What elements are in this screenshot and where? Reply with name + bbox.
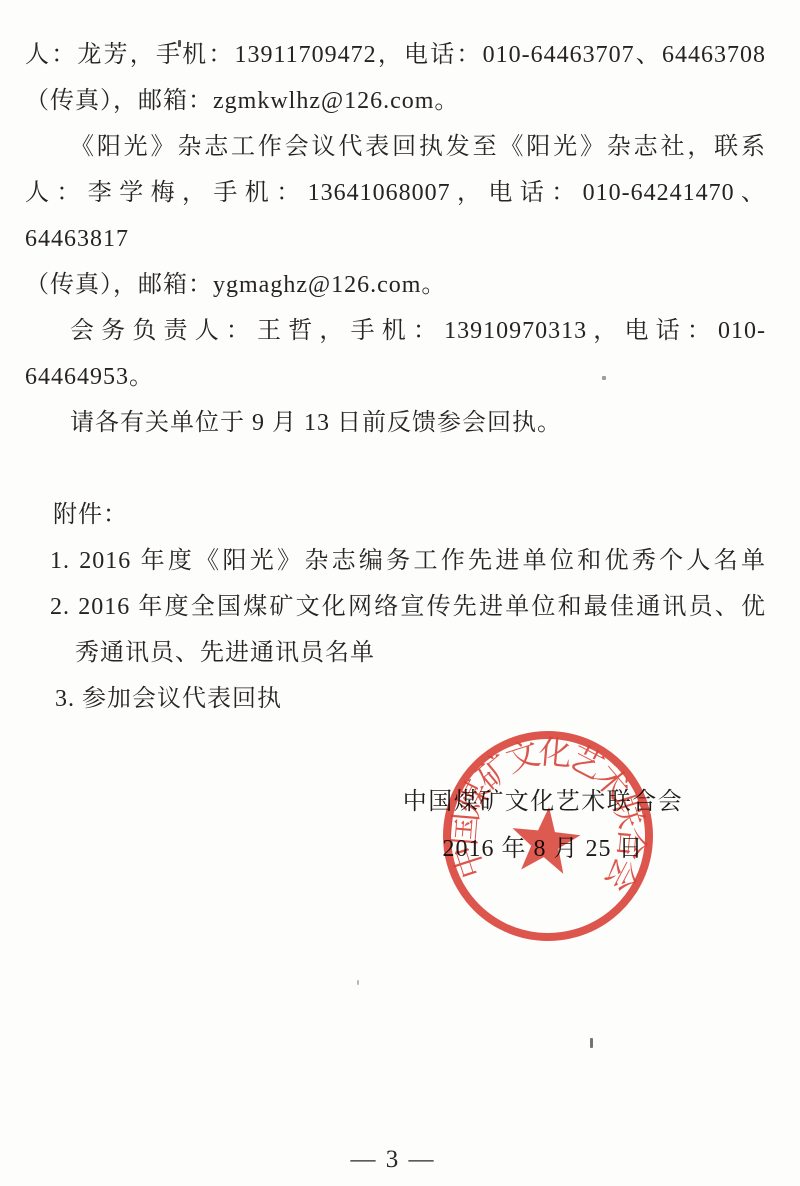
scan-artifact [590,1038,593,1048]
body-line: 会务负责人：王哲，手机：13910970313，电话：010- [25,308,766,354]
body-line: （传真），邮箱：ygmaghz@126.com。 [25,262,766,308]
document-page: 人：龙芳，手机：13911709472，电话：010-64463707、6446… [0,0,800,1186]
attachment-item: 2. 2016 年度全国煤矿文化网络宣传先进单位和最佳通讯员、优 [50,584,766,630]
blank-line [25,446,766,492]
body-line: 人：龙芳，手机：13911709472，电话：010-64463707、6446… [25,32,766,78]
body-line: 请各有关单位于 9 月 13 日前反馈参会回执。 [25,400,766,446]
body-line: 人：李学梅，手机：13641068007，电话：010-64241470、644… [25,170,766,262]
scan-artifact [357,980,359,985]
svg-text:中国煤矿文化艺术联合会: 中国煤矿文化艺术联合会 [442,726,659,903]
letter-body: 人：龙芳，手机：13911709472，电话：010-64463707、6446… [25,32,766,722]
body-line: 《阳光》杂志工作会议代表回执发至《阳光》杂志社，联系 [25,124,766,170]
attachment-item: 1. 2016 年度《阳光》杂志编务工作先进单位和优秀个人名单 [50,538,766,584]
attachment-item: 3. 参加会议代表回执 [55,676,766,722]
scan-artifact [602,376,606,380]
official-seal-icon: 中国煤矿文化艺术联合会 [425,713,671,959]
attachments-label: 附件： [53,492,766,538]
seal-star-icon [508,803,583,875]
body-line: 64464953。 [25,354,766,400]
body-line: （传真），邮箱：zgmkwlhz@126.com。 [25,78,766,124]
scan-artifact [178,40,181,47]
seal-text: 中国煤矿文化艺术联合会 [442,726,659,903]
attachment-item-wrap: 秀通讯员、先进通讯员名单 [75,630,766,676]
page-number: — 3 — [0,1146,786,1174]
